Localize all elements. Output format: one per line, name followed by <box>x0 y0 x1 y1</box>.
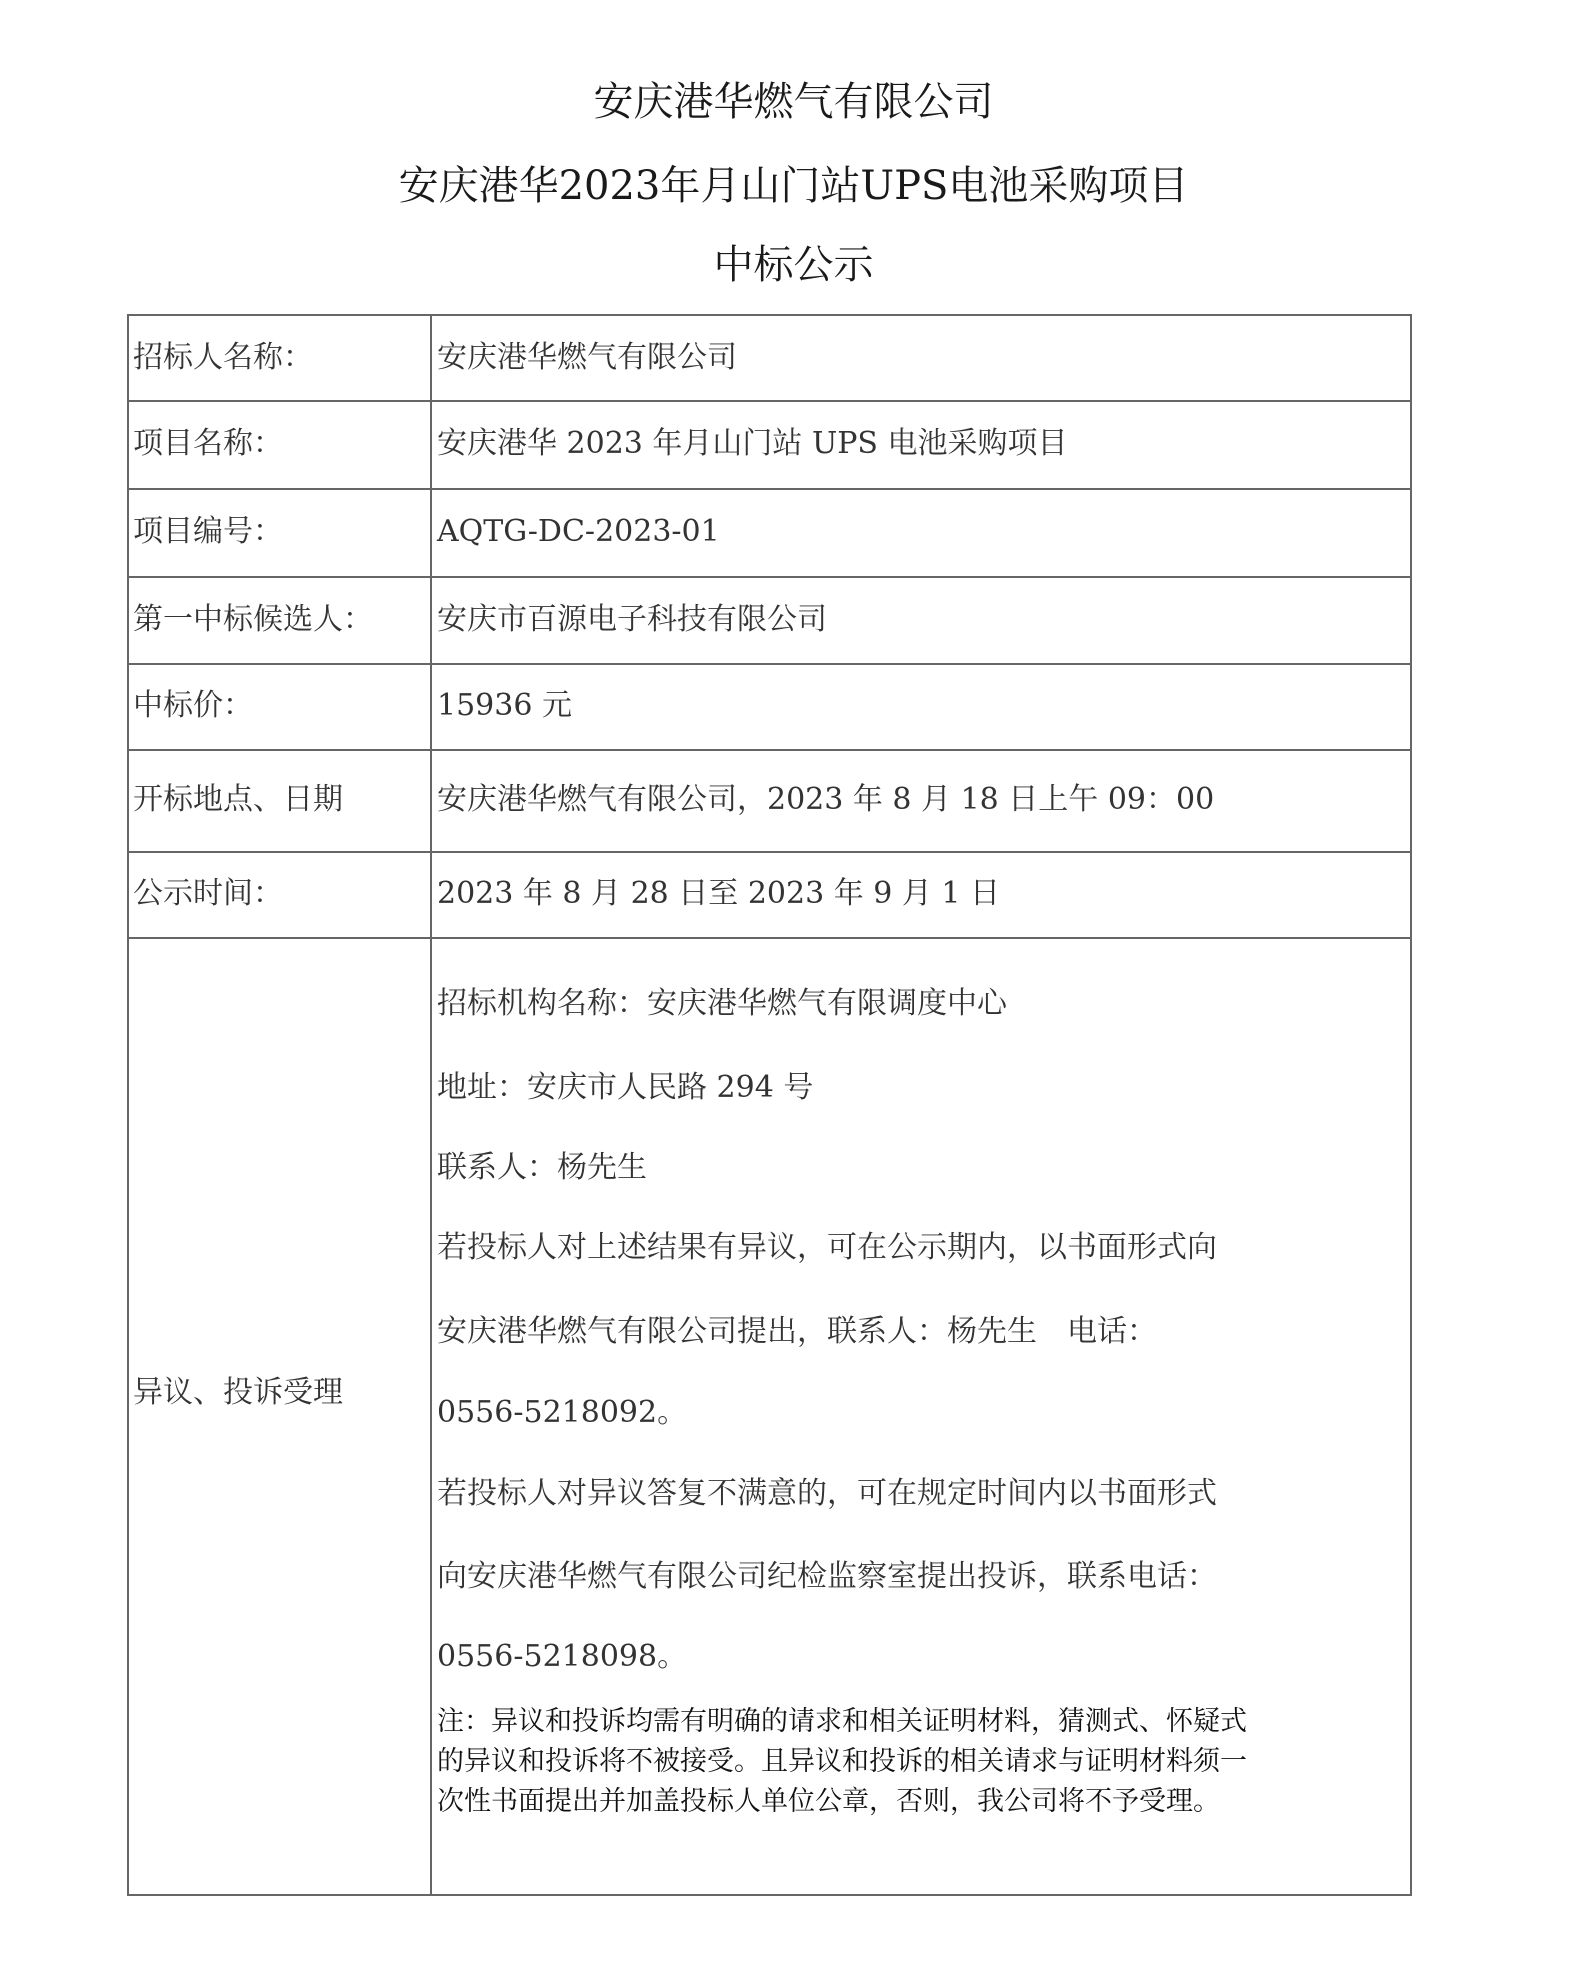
tenderer-label: 招标人名称： <box>133 340 313 376</box>
project-name-value: 安庆港华 2023 年月山门站 UPS 电池采购项目 <box>437 426 1068 462</box>
agency-name-line: 招标机构名称：安庆港华燃气有限调度中心 <box>437 986 1007 1022</box>
address-line: 地址：安庆市人民路 294 号 <box>437 1070 813 1106</box>
complaint-text-line: 若投标人对异议答复不满意的，可在规定时间内以书面形式 <box>437 1476 1217 1512</box>
note-line: 次性书面提出并加盖投标人单位公章，否则，我公司将不予受理。 <box>437 1782 1220 1822</box>
bid-opening-label: 开标地点、日期 <box>133 782 343 818</box>
company-title: 安庆港华燃气有限公司 <box>0 78 1587 126</box>
complaint-phone-line: 0556-5218098。 <box>437 1639 687 1675</box>
winning-price-label: 中标价： <box>133 688 253 724</box>
contact-line: 联系人：杨先生 <box>437 1150 647 1186</box>
bid-opening-value: 安庆港华燃气有限公司，2023 年 8 月 18 日上午 09：00 <box>437 782 1214 818</box>
project-title: 安庆港华2023年月山门站UPS电池采购项目 <box>0 162 1587 210</box>
row-divider <box>129 663 1410 665</box>
row-divider <box>129 851 1410 853</box>
winning-price-value: 15936 元 <box>437 688 572 724</box>
publicity-period-label: 公示时间： <box>133 876 283 912</box>
complaint-text-line: 向安庆港华燃气有限公司纪检监察室提出投诉，联系电话： <box>437 1559 1217 1595</box>
winning-candidate-value: 安庆市百源电子科技有限公司 <box>437 602 827 638</box>
project-number-label: 项目编号： <box>133 514 283 550</box>
objection-text-line: 若投标人对上述结果有异议，可在公示期内，以书面形式向 <box>437 1230 1217 1266</box>
row-divider <box>129 400 1410 402</box>
award-notice-table: 招标人名称： 安庆港华燃气有限公司 项目名称： 安庆港华 2023 年月山门站 … <box>127 314 1412 1896</box>
row-divider <box>129 488 1410 490</box>
document-type-title: 中标公示 <box>0 241 1587 289</box>
objection-text-line: 安庆港华燃气有限公司提出，联系人：杨先生 电话： <box>437 1314 1157 1350</box>
project-number-value: AQTG-DC-2023-01 <box>437 514 720 550</box>
column-divider <box>430 316 432 1894</box>
note-line: 注：异议和投诉均需有明确的请求和相关证明材料，猜测式、怀疑式 <box>437 1702 1247 1742</box>
row-divider <box>129 749 1410 751</box>
objection-label: 异议、投诉受理 <box>133 1375 343 1411</box>
note-line: 的异议和投诉将不被接受。且异议和投诉的相关请求与证明材料须一 <box>437 1742 1247 1782</box>
objection-phone-line: 0556-5218092。 <box>437 1395 687 1431</box>
row-divider <box>129 937 1410 939</box>
project-name-label: 项目名称： <box>133 426 283 462</box>
tenderer-value: 安庆港华燃气有限公司 <box>437 340 737 376</box>
row-divider <box>129 576 1410 578</box>
publicity-period-value: 2023 年 8 月 28 日至 2023 年 9 月 1 日 <box>437 876 1000 912</box>
winning-candidate-label: 第一中标候选人： <box>133 602 373 638</box>
